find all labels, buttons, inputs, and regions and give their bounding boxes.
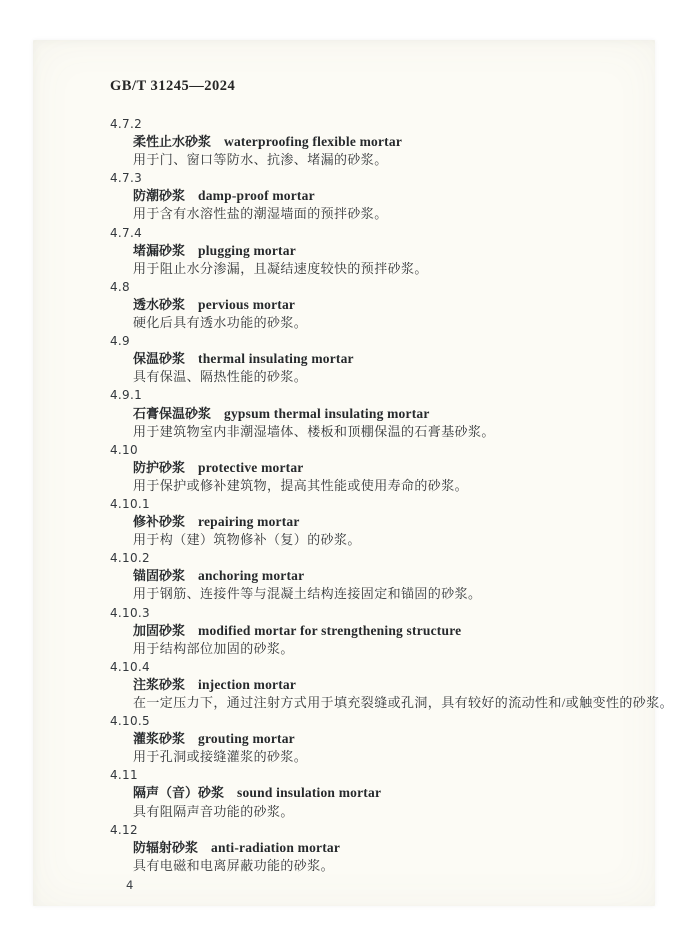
term-entry: 4.10.1 修补砂浆repairing mortar 用于构（建）筑物修补（复…: [110, 495, 630, 549]
section-number: 4.11: [110, 766, 630, 784]
term-chinese: 修补砂浆: [133, 514, 185, 529]
term-chinese: 加固砂浆: [133, 623, 185, 638]
term-definition: 用于建筑物室内非潮湿墙体、楼板和顶棚保温的石膏基砂浆。: [133, 423, 630, 441]
term-entry: 4.10 防护砂浆protective mortar 用于保护或修补建筑物，提高…: [110, 441, 630, 495]
term-english: anti-radiation mortar: [211, 840, 340, 855]
term-chinese: 堵漏砂浆: [133, 243, 185, 258]
term-chinese: 灌浆砂浆: [133, 731, 185, 746]
term-line: 堵漏砂浆plugging mortar: [133, 242, 630, 260]
section-number: 4.9.1: [110, 386, 630, 404]
term-english: repairing mortar: [198, 514, 300, 529]
term-entry: 4.10.3 加固砂浆modified mortar for strengthe…: [110, 604, 630, 658]
term-entry: 4.7.3 防潮砂浆damp-proof mortar 用于含有水溶性盐的潮湿墙…: [110, 169, 630, 223]
section-number: 4.7.4: [110, 224, 630, 242]
term-english: gypsum thermal insulating mortar: [224, 406, 430, 421]
term-entry: 4.7.2 柔性止水砂浆waterproofing flexible morta…: [110, 115, 630, 169]
term-definition: 具有保温、隔热性能的砂浆。: [133, 368, 630, 386]
term-definition: 用于保护或修补建筑物，提高其性能或使用寿命的砂浆。: [133, 477, 630, 495]
term-line: 透水砂浆pervious mortar: [133, 296, 630, 314]
term-english: injection mortar: [198, 677, 296, 692]
term-entry: 4.10.5 灌浆砂浆grouting mortar 用于孔洞或接缝灌浆的砂浆。: [110, 712, 630, 766]
term-entry: 4.11 隔声（音）砂浆sound insulation mortar 具有阻隔…: [110, 766, 630, 820]
term-english: modified mortar for strengthening struct…: [198, 623, 461, 638]
term-english: sound insulation mortar: [237, 785, 381, 800]
section-number: 4.9: [110, 332, 630, 350]
term-entry: 4.7.4 堵漏砂浆plugging mortar 用于阻止水分渗漏，且凝结速度…: [110, 224, 630, 278]
term-definition: 用于钢筋、连接件等与混凝土结构连接固定和锚固的砂浆。: [133, 585, 630, 603]
term-chinese: 防潮砂浆: [133, 188, 185, 203]
term-line: 加固砂浆modified mortar for strengthening st…: [133, 622, 630, 640]
term-english: protective mortar: [198, 460, 303, 475]
term-chinese: 保温砂浆: [133, 351, 185, 366]
term-line: 锚固砂浆anchoring mortar: [133, 567, 630, 585]
term-english: thermal insulating mortar: [198, 351, 354, 366]
term-line: 灌浆砂浆grouting mortar: [133, 730, 630, 748]
term-definition: 用于孔洞或接缝灌浆的砂浆。: [133, 748, 630, 766]
term-line: 防辐射砂浆anti-radiation mortar: [133, 839, 630, 857]
page-number: 4: [126, 878, 630, 892]
term-definition: 用于门、窗口等防水、抗渗、堵漏的砂浆。: [133, 151, 630, 169]
scan-background: GB/T 31245—2024 4.7.2 柔性止水砂浆waterproofin…: [0, 0, 700, 947]
term-chinese: 柔性止水砂浆: [133, 134, 211, 149]
term-definition: 用于含有水溶性盐的潮湿墙面的预拌砂浆。: [133, 205, 630, 223]
term-definition: 用于结构部位加固的砂浆。: [133, 640, 630, 658]
term-definition: 在一定压力下，通过注射方式用于填充裂缝或孔洞，具有较好的流动性和/或触变性的砂浆…: [133, 694, 630, 712]
term-english: damp-proof mortar: [198, 188, 315, 203]
section-number: 4.10.3: [110, 604, 630, 622]
term-entry: 4.10.4 注浆砂浆injection mortar 在一定压力下，通过注射方…: [110, 658, 630, 712]
terms-section-list: 4.7.2 柔性止水砂浆waterproofing flexible morta…: [110, 115, 630, 875]
term-line: 隔声（音）砂浆sound insulation mortar: [133, 784, 630, 802]
term-chinese: 透水砂浆: [133, 297, 185, 312]
term-line: 修补砂浆repairing mortar: [133, 513, 630, 531]
section-number: 4.7.2: [110, 115, 630, 133]
section-number: 4.7.3: [110, 169, 630, 187]
term-english: plugging mortar: [198, 243, 296, 258]
section-number: 4.10.5: [110, 712, 630, 730]
term-english: waterproofing flexible mortar: [224, 134, 402, 149]
term-english: pervious mortar: [198, 297, 295, 312]
term-entry: 4.12 防辐射砂浆anti-radiation mortar 具有电磁和电离屏…: [110, 821, 630, 875]
standard-number-header: GB/T 31245—2024: [110, 78, 630, 95]
section-number: 4.10: [110, 441, 630, 459]
term-line: 防护砂浆protective mortar: [133, 459, 630, 477]
section-number: 4.10.1: [110, 495, 630, 513]
term-entry: 4.10.2 锚固砂浆anchoring mortar 用于钢筋、连接件等与混凝…: [110, 549, 630, 603]
term-definition: 具有阻隔声音功能的砂浆。: [133, 803, 630, 821]
term-line: 防潮砂浆damp-proof mortar: [133, 187, 630, 205]
paper-sheet: GB/T 31245—2024 4.7.2 柔性止水砂浆waterproofin…: [33, 40, 655, 906]
page-content: GB/T 31245—2024 4.7.2 柔性止水砂浆waterproofin…: [110, 78, 630, 892]
term-entry: 4.9.1 石膏保温砂浆gypsum thermal insulating mo…: [110, 386, 630, 440]
section-number: 4.10.4: [110, 658, 630, 676]
term-entry: 4.8 透水砂浆pervious mortar 硬化后具有透水功能的砂浆。: [110, 278, 630, 332]
term-entry: 4.9 保温砂浆thermal insulating mortar 具有保温、隔…: [110, 332, 630, 386]
term-definition: 用于构（建）筑物修补（复）的砂浆。: [133, 531, 630, 549]
term-definition: 用于阻止水分渗漏，且凝结速度较快的预拌砂浆。: [133, 260, 630, 278]
term-chinese: 防护砂浆: [133, 460, 185, 475]
term-line: 柔性止水砂浆waterproofing flexible mortar: [133, 133, 630, 151]
section-number: 4.10.2: [110, 549, 630, 567]
section-number: 4.12: [110, 821, 630, 839]
term-definition: 硬化后具有透水功能的砂浆。: [133, 314, 630, 332]
term-definition: 具有电磁和电离屏蔽功能的砂浆。: [133, 857, 630, 875]
term-line: 石膏保温砂浆gypsum thermal insulating mortar: [133, 405, 630, 423]
term-line: 保温砂浆thermal insulating mortar: [133, 350, 630, 368]
term-chinese: 注浆砂浆: [133, 677, 185, 692]
section-number: 4.8: [110, 278, 630, 296]
term-chinese: 锚固砂浆: [133, 568, 185, 583]
term-chinese: 防辐射砂浆: [133, 840, 198, 855]
term-english: grouting mortar: [198, 731, 295, 746]
term-line: 注浆砂浆injection mortar: [133, 676, 630, 694]
term-chinese: 隔声（音）砂浆: [133, 785, 224, 800]
term-chinese: 石膏保温砂浆: [133, 406, 211, 421]
term-english: anchoring mortar: [198, 568, 304, 583]
